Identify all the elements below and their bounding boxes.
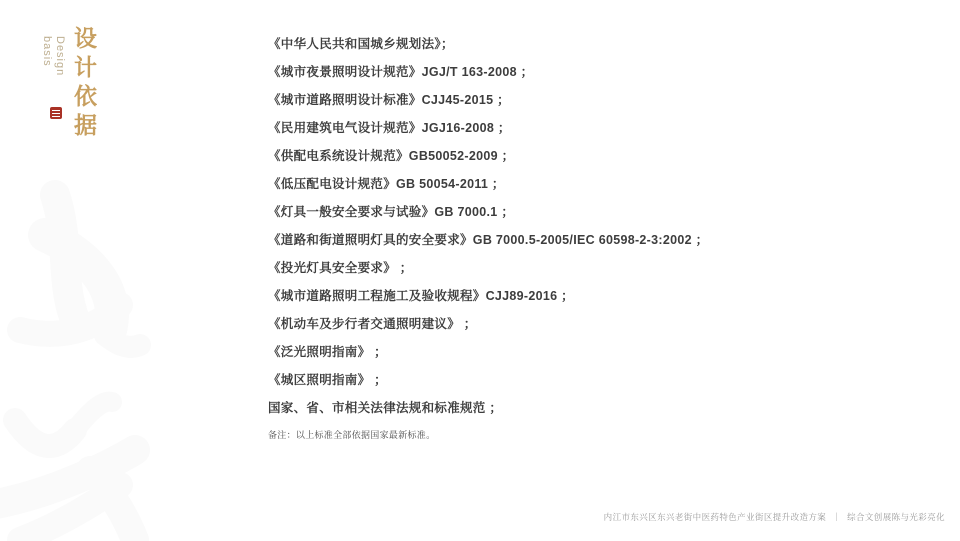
seal-stamp-icon	[50, 107, 62, 119]
list-item: 《泛光照明指南》 ；	[268, 338, 708, 366]
standards-list: 《中华人民共和国城乡规划法》； 《城市夜景照明设计规范》JGJ/T 163-20…	[268, 30, 708, 422]
page-subtitle-en-line2: basis	[40, 36, 53, 76]
list-item: 《灯具一般安全要求与试验》GB 7000.1 ；	[268, 198, 708, 226]
footer-project: 内江市东兴区东兴老街中医药特色产业街区提升改造方案	[604, 512, 827, 522]
list-item: 《机动车及步行者交通照明建议》 ；	[268, 310, 708, 338]
list-item: 《供配电系统设计规范》GB50052-2009 ；	[268, 142, 708, 170]
calligraphy-watermark-icon	[0, 0, 260, 541]
page-title: 设计依据	[68, 26, 101, 142]
list-item: 《民用建筑电气设计规范》JGJ16-2008 ；	[268, 114, 708, 142]
page-subtitle-en: Design basis	[40, 36, 66, 76]
list-item: 《低压配电设计规范》GB 50054-2011 ；	[268, 170, 708, 198]
list-item: 《城市夜景照明设计规范》JGJ/T 163-2008 ；	[268, 58, 708, 86]
list-item: 《投光灯具安全要求》 ；	[268, 254, 708, 282]
note-text: 备注：以上标准全部依据国家最新标准。	[268, 428, 435, 441]
footer: 内江市东兴区东兴老街中医药特色产业街区提升改造方案｜综合文创展陈与光彩亮化	[604, 511, 945, 523]
list-item: 《城市道路照明设计标准》CJJ45-2015 ；	[268, 86, 708, 114]
footer-divider: ｜	[832, 512, 841, 522]
list-item: 《城区照明指南》 ；	[268, 366, 708, 394]
list-item: 国家、省、市相关法律法规和标准规范 ；	[268, 394, 708, 422]
footer-section: 综合文创展陈与光彩亮化	[847, 512, 945, 522]
list-item: 《城市道路照明工程施工及验收规程》CJJ89-2016 ；	[268, 282, 708, 310]
list-item: 《道路和街道照明灯具的安全要求》GB 7000.5-2005/IEC 60598…	[268, 226, 708, 254]
list-item: 《中华人民共和国城乡规划法》；	[268, 30, 708, 58]
slide-root: 设计依据 Design basis 《中华人民共和国城乡规划法》； 《城市夜景照…	[0, 0, 960, 541]
page-subtitle-en-line1: Design	[53, 36, 66, 76]
